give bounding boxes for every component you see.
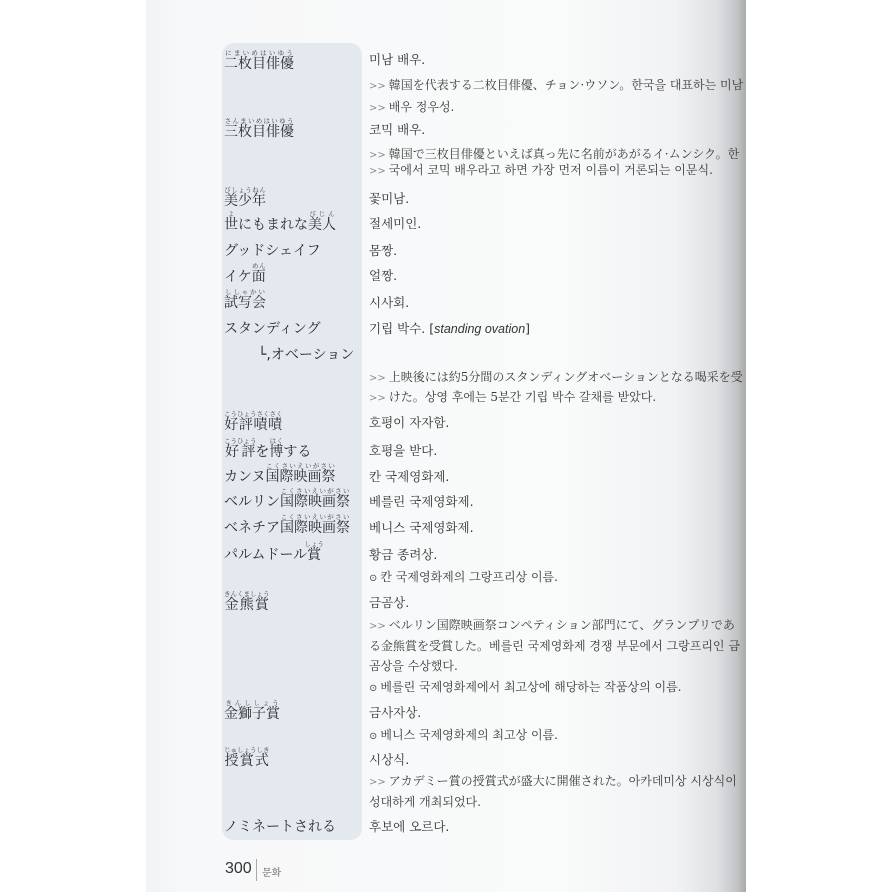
example-marker-icon: >> xyxy=(369,373,386,384)
definition: 베를린 국제영화제. xyxy=(369,496,474,509)
example-sentence: >>上映後には約5分間のスタンディングオベーションとなる喝采を受 xyxy=(369,371,743,384)
example-sentence: >>アカデミー賞の授賞式が盛大に開催された。아카데미상 시상식이 xyxy=(369,775,737,788)
vocab-term: ベネチア国際映画祭こくさいえいがさい xyxy=(224,513,350,535)
definition: 꽃미남. xyxy=(369,193,409,206)
vocab-term: ベルリン国際映画祭こくさいえいがさい xyxy=(224,487,350,509)
footer-divider xyxy=(256,859,257,881)
definition: 몸짱. xyxy=(369,245,397,258)
example-sentence: >>ベルリン国際映画祭コンペティション部門にて、グランプリであ xyxy=(369,619,735,632)
definition: 코믹 배우. xyxy=(369,124,425,137)
definition: 금곰상. xyxy=(369,597,409,610)
vocab-term: 試写会ししゃかい xyxy=(224,288,266,310)
definition: 호평이 자자함. xyxy=(369,417,449,430)
vocab-term: 二枚目俳優にまいめはいゆう xyxy=(224,49,294,71)
vocab-term: パルムドール賞しょう xyxy=(224,540,324,562)
vocab-term: グッドシェイフ xyxy=(224,244,321,258)
usage-note: ⊙베를린 국제영화제에서 최고상에 해당하는 작품상의 이름. xyxy=(369,681,682,694)
example-sentence: >>배우 정우성. xyxy=(369,101,454,114)
example-sentence-continued: 곰상을 수상했다. xyxy=(369,660,458,672)
note-marker-icon: ⊙ xyxy=(369,683,377,694)
example-sentence-continued: 성대하게 개최되었다. xyxy=(369,796,481,808)
note-marker-icon: ⊙ xyxy=(369,573,377,584)
vocab-term: カンヌ国際映画祭こくさいえいがさい xyxy=(224,462,335,484)
usage-note: ⊙베니스 국제영화제의 최고상 이름. xyxy=(369,729,558,742)
vocab-term: ノミネートされる xyxy=(224,820,336,834)
definition: 시사회. xyxy=(369,297,409,310)
vocab-term: 金熊賞きんくましょう xyxy=(224,590,270,612)
example-sentence: >>韓国を代表する二枚目俳優、チョン·ウソン。한국을 대표하는 미남 xyxy=(369,79,743,92)
vocab-term: 三枚目俳優さんまいめはいゆう xyxy=(224,117,294,139)
definition: 절세미인. xyxy=(369,218,421,231)
vocab-term: 授賞式じゅしょうしき xyxy=(224,746,270,768)
example-marker-icon: >> xyxy=(369,621,386,632)
example-marker-icon: >> xyxy=(369,166,386,177)
definition: 호평을 받다. xyxy=(369,445,437,458)
vocab-term: 好評こうひょうを博はくする xyxy=(224,437,311,459)
vocab-term: └,オベーション xyxy=(258,348,354,362)
section-label: 문화 xyxy=(262,864,281,879)
example-sentence: >>けた。상영 후에는 5분간 기립 박수 갈채를 받았다. xyxy=(369,391,656,404)
page-number: 300 xyxy=(225,860,252,878)
definition: 베니스 국제영화제. xyxy=(369,522,474,535)
vocab-term: スタンディング xyxy=(224,322,321,336)
definition: 금사자상. xyxy=(369,707,421,720)
definition: 칸 국제영화제. xyxy=(369,471,449,484)
example-sentence-continued: る金熊賞を受賞した。베를린 국제영화제 경쟁 부문에서 그랑프리인 금 xyxy=(369,640,740,652)
definition: 얼짱. xyxy=(369,270,397,283)
vocab-term: 金獅子賞きんししょう xyxy=(224,699,280,721)
example-marker-icon: >> xyxy=(369,777,386,788)
note-marker-icon: ⊙ xyxy=(369,731,377,742)
definition: 시상식. xyxy=(369,754,409,767)
definition: 황금 종려상. xyxy=(369,549,437,562)
usage-note: ⊙칸 국제영화제의 그랑프리상 이름. xyxy=(369,571,558,584)
example-marker-icon: >> xyxy=(369,393,386,404)
definition: 기립 박수. [standing ovation] xyxy=(369,323,530,336)
definition: 후보에 오르다. xyxy=(369,821,449,834)
definition: 미남 배우. xyxy=(369,54,425,67)
vocab-term: イケ面めん xyxy=(224,262,266,284)
example-marker-icon: >> xyxy=(369,150,386,161)
example-marker-icon: >> xyxy=(369,81,386,92)
vocab-term: 世よにもまれな美人びじん xyxy=(224,210,336,232)
example-sentence: >>국에서 코믹 배우라고 하면 가장 먼저 이름이 거론되는 이문식. xyxy=(369,164,713,177)
example-marker-icon: >> xyxy=(369,103,386,114)
vocab-term: 美少年びしょうねん xyxy=(224,186,266,208)
example-sentence: >>韓国で三枚目俳優といえば真っ先に名前があがるイ·ムンシク。한 xyxy=(369,148,739,161)
vocab-term: 好評嘖嘖こうひょうさくさく xyxy=(224,410,283,432)
